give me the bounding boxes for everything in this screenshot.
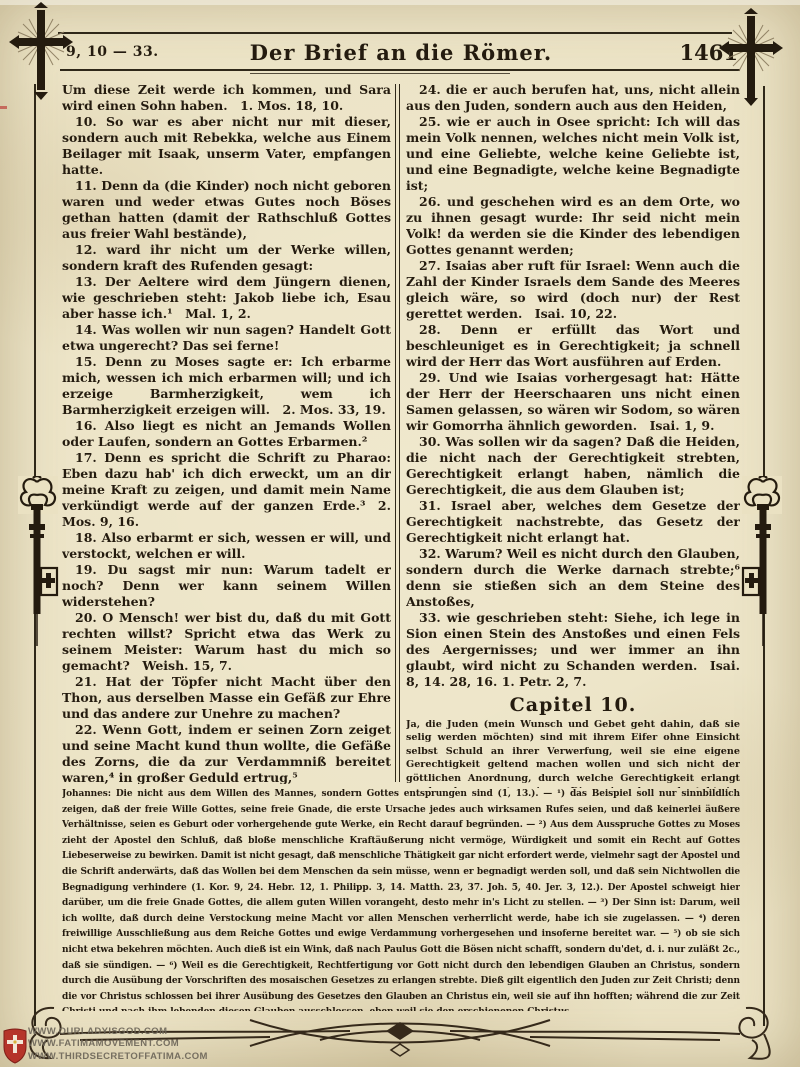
- text-line: Um diese Zeit werde ich kommen, und Sara…: [62, 82, 391, 114]
- column-divider-rule: [395, 84, 400, 782]
- cross-icon: [716, 6, 786, 118]
- text-line: 11. Denn da (die Kinder) noch nicht gebo…: [62, 178, 391, 242]
- text-line: WWW.THIRDSECRETOFFATIMA.COM: [28, 1051, 328, 1063]
- text-line: 18. Also erbarmt er sich, wessen er will…: [62, 530, 391, 562]
- text-line: 26. und geschehen wird es an dem Orte, w…: [406, 194, 740, 258]
- header-rule-secondary: [250, 73, 510, 74]
- right-column-verses: 24. die er auch berufen hat, uns, nicht …: [406, 82, 740, 690]
- right-text-column: 24. die er auch berufen hat, uns, nicht …: [406, 82, 740, 788]
- text-line: 27. Isaias aber ruft für Israel: Wenn au…: [406, 258, 740, 322]
- text-line: 28. Denn er erfüllt das Wort und beschle…: [406, 322, 740, 370]
- text-line: 32. Warum? Weil es nicht durch den Glaub…: [406, 546, 740, 610]
- text-line: 22. Wenn Gott, indem er seinen Zorn zeig…: [62, 722, 391, 784]
- frame-top-rule: [58, 32, 732, 34]
- cross-icon: [6, 2, 76, 114]
- text-line: 31. Israel aber, welches dem Gesetze der…: [406, 498, 740, 546]
- left-text-column: Um diese Zeit werde ich kommen, und Sara…: [62, 82, 391, 784]
- footnote-block: Johannes: Die nicht aus dem Willen des M…: [62, 787, 740, 1011]
- text-line: 20. O Mensch! wer bist du, daß du mit Go…: [62, 610, 391, 674]
- header-rule: [60, 69, 740, 71]
- text-line: 33. wie geschrieben steht: Siehe, ich le…: [406, 610, 740, 690]
- key-icon: [740, 476, 784, 648]
- text-line: 19. Du sagst mir nun: Warum tadelt er no…: [62, 562, 391, 610]
- text-line: 14. Was wollen wir nun sagen? Handelt Go…: [62, 322, 391, 354]
- text-line: 13. Der Aeltere wird dem Jüngern dienen,…: [62, 274, 391, 322]
- text-line: 24. die er auch berufen hat, uns, nicht …: [406, 82, 740, 114]
- text-line: 15. Denn zu Moses sagte er: Ich erbarme …: [62, 354, 391, 418]
- text-line: 25. wie er auch in Osee spricht: Ich wil…: [406, 114, 740, 194]
- text-line: 16. Also liegt es nicht an Jemands Wolle…: [62, 418, 391, 450]
- text-line: 29. Und wie Isaias vorhergesagt hat: Hät…: [406, 370, 740, 434]
- text-line: 30. Was sollen wir da sagen? Daß die Hei…: [406, 434, 740, 498]
- text-line: 10. So war es aber nicht nur mit dieser,…: [62, 114, 391, 178]
- shield-logo-icon: [2, 1028, 28, 1064]
- scanned-bible-page: 9, 10 — 33. Der Brief an die Römer. 1461…: [0, 0, 800, 1067]
- footnote-text: Johannes: Die nicht aus dem Willen des M…: [62, 787, 740, 1011]
- page-header: 9, 10 — 33. Der Brief an die Römer. 1461: [62, 40, 740, 66]
- text-line: WWW.OURLADYISGOD.COM: [28, 1026, 328, 1038]
- text-line: 17. Denn es spricht die Schrift zu Phara…: [62, 450, 391, 530]
- page-title: Der Brief an die Römer.: [62, 40, 740, 65]
- scan-edge: [0, 0, 800, 5]
- text-line: 21. Hat der Töpfer nicht Macht über den …: [62, 674, 391, 722]
- text-line: 12. ward ihr nicht um der Werke willen, …: [62, 242, 391, 274]
- watermark-urls: WWW.OURLADYISGOD.COMWWW.FATIMAMOVEMENT.C…: [28, 1026, 328, 1063]
- key-icon: [16, 476, 60, 648]
- chapter-heading: Capitel 10.: [406, 697, 740, 713]
- chapter-intro-paragraph: Ja, die Juden (mein Wunsch und Gebet geh…: [406, 718, 740, 788]
- text-line: WWW.FATIMAMOVEMENT.COM: [28, 1038, 328, 1050]
